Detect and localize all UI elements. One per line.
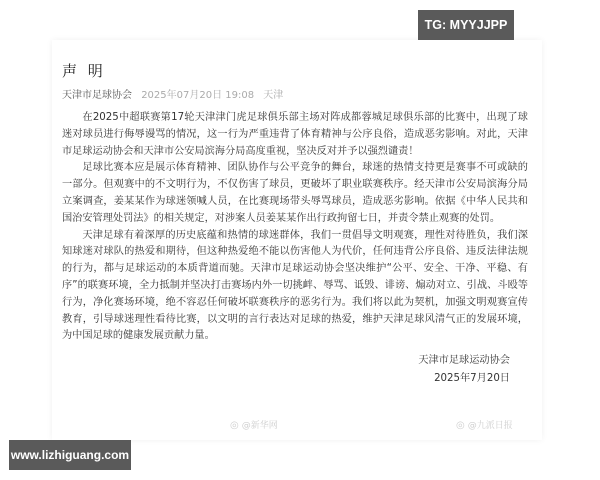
- signature-block: 天津市足球运动协会 2025年7月20日: [418, 352, 510, 388]
- weibo-icon: ◎: [230, 420, 239, 431]
- signature-date: 2025年7月20日: [418, 370, 510, 388]
- tg-watermark-badge: TG: MYYJJPP: [418, 10, 514, 40]
- paragraph-2: 足球比赛本应是展示体育精神、团队协作与公平竞争的舞台，球迷的热情支持更是赛事不可…: [62, 160, 528, 227]
- image-watermark-xinhua: ◎@新华网: [230, 418, 278, 431]
- weibo-icon: ◎: [456, 420, 465, 431]
- statement-body: 在2025中超联赛第17轮天津津门虎足球俱乐部主场对阵成都蓉城足球俱乐部的比赛中…: [62, 110, 528, 345]
- publisher-name[interactable]: 天津市足球协会: [62, 90, 132, 101]
- site-watermark-badge: www.lizhiguang.com: [9, 440, 131, 470]
- statement-title: 声 明: [62, 60, 106, 81]
- paragraph-1: 在2025中超联赛第17轮天津津门虎足球俱乐部主场对阵成都蓉城足球俱乐部的比赛中…: [62, 110, 528, 160]
- paragraph-3: 天津足球有着深厚的历史底蕴和热情的球迷群体，我们一贯倡导文明观赛，理性对待胜负，…: [62, 228, 528, 346]
- image-watermark-jiupai: ◎@九派日报: [456, 418, 513, 431]
- publish-location: 天津: [263, 90, 283, 101]
- statement-meta: 天津市足球协会 2025年07月20日 19:08 天津: [62, 86, 283, 101]
- signature-org: 天津市足球运动协会: [418, 352, 510, 370]
- publish-datetime: 2025年07月20日 19:08: [141, 90, 254, 101]
- statement-card: 声 明 天津市足球协会 2025年07月20日 19:08 天津 在2025中超…: [52, 40, 542, 440]
